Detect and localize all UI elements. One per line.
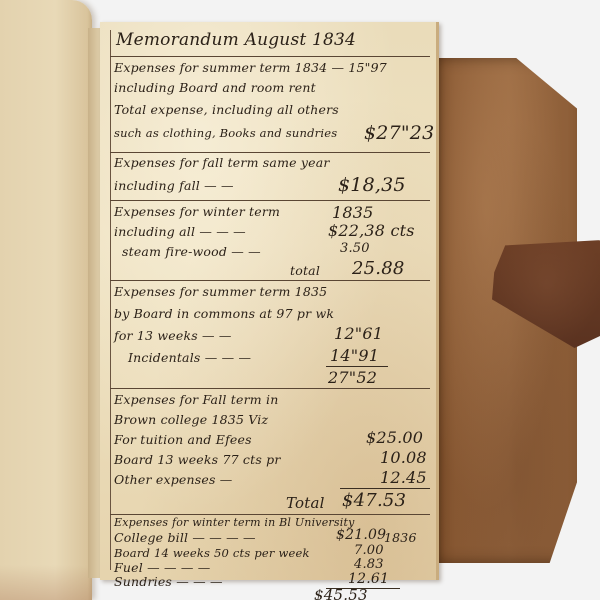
ledger-total: $47.53 [342,490,406,511]
ledger-total-label: total [290,263,320,278]
ledger-line: For tuition and Efees [114,432,252,447]
ledger-line: steam fire-wood — — [122,244,261,259]
ledger-amount: 1835 [332,203,374,222]
ledger-line: Expenses for Fall term in [114,392,278,407]
divider [110,200,430,201]
ledger-amount: 12.61 [348,571,389,587]
divider [110,152,430,153]
ledger-total: 27"52 [328,368,377,387]
ledger-amount: $27"23 [364,122,434,144]
margin-line [110,30,111,570]
ledger-total: $45.53 [314,586,368,600]
ledger-line: Sundries — — — [114,574,223,589]
ledger-amount: 14"91 [330,346,379,365]
ledger-line: Expenses for winter term [114,204,280,219]
divider [110,514,430,515]
ledger-line: including fall — — [114,178,234,193]
ledger-line: by Board in commons at 97 pr wk [114,306,334,321]
ledger-line: Expenses for fall term same year [114,155,330,170]
ledger-line: including Board and room rent [114,80,316,95]
divider [110,388,430,389]
ledger-line: Incidentals — — — [128,350,251,365]
year-note: 1836 [384,530,417,545]
page-title: Memorandum August 1834 [116,30,356,50]
ledger-line: Expenses for summer term 1834 — 15"97 [114,60,387,75]
ledger-line: Expenses for summer term 1835 [114,284,327,299]
divider [110,56,430,57]
ledger-line: College bill — — — — [114,530,256,545]
ledger-amount: 10.08 [380,448,427,467]
ledger-line: Expenses for winter term in Bl Universit… [114,516,354,529]
divider [110,280,430,281]
ledger-total: 25.88 [352,258,405,279]
ledger-amount: $25.00 [366,428,423,447]
ledger-line: Board 13 weeks 77 cts pr [114,452,281,467]
ledger-line: Fuel — — — — [114,560,210,575]
ledger-amount: 3.50 [340,241,370,256]
ledger-line: Total expense, including all others [114,102,339,117]
ledger-line: including all — — — [114,224,246,239]
ledger-page: Memorandum August 1834 Expenses for summ… [100,22,439,580]
sum-line [326,366,388,367]
ledger-amount: 12.45 [380,468,427,487]
ledger-amount: $21.09 [336,527,386,543]
ledger-line: Other expenses — [114,472,232,487]
ledger-amount: 7.00 [354,543,384,558]
sum-line [340,488,430,489]
ledger-amount: $18,35 [338,174,406,196]
ledger-line: such as clothing, Books and sundries [114,126,337,140]
photo-scene: Memorandum August 1834 Expenses for summ… [0,0,600,600]
ledger-line: for 13 weeks — — [114,328,232,343]
ledger-line: Board 14 weeks 50 cts per week [114,546,310,560]
ledger-amount: $22,38 cts [328,221,415,240]
ledger-line: Brown college 1835 Viz [114,412,268,427]
ledger-total-label: Total [286,494,325,512]
ledger-amount: 4.83 [354,557,384,572]
blank-left-page [0,0,92,600]
ledger-amount: 12"61 [334,324,383,343]
